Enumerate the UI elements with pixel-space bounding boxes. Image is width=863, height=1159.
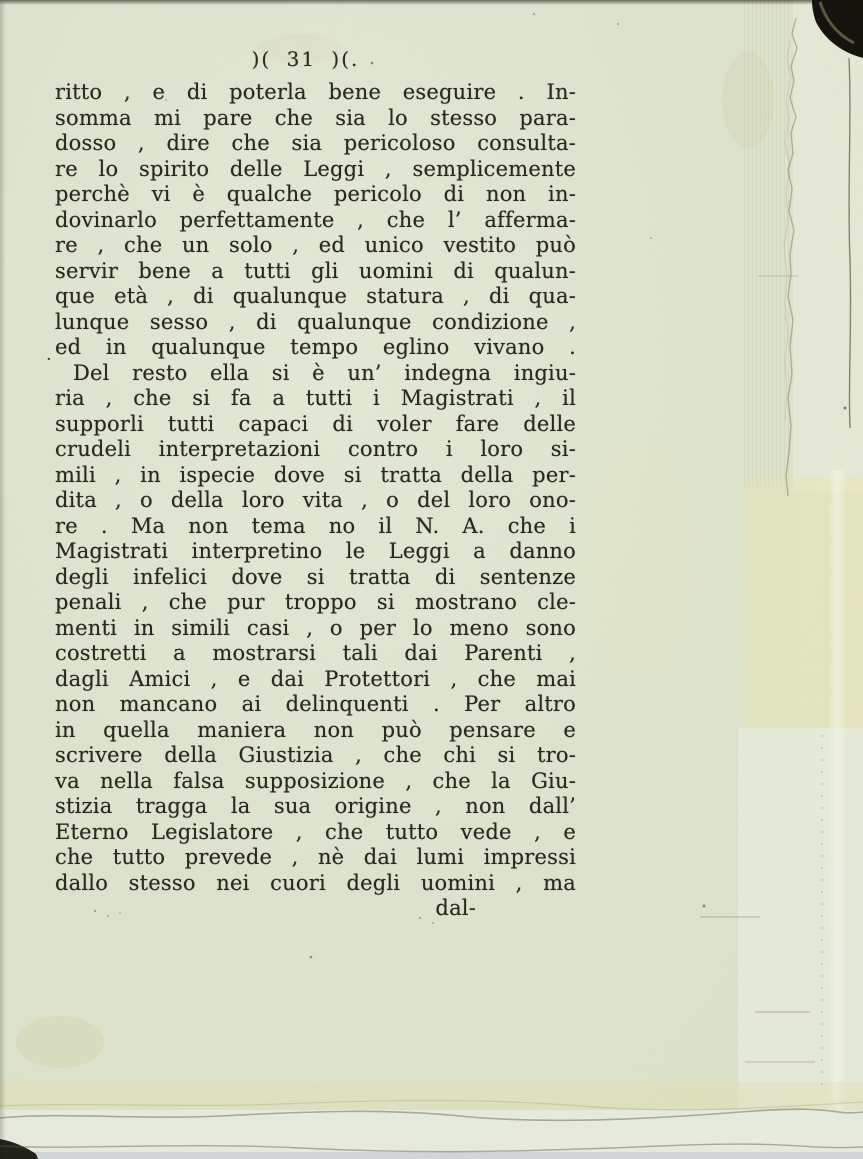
scanner-left-shadow	[0, 0, 6, 1159]
text-line: stizia tragga la sua origine , non dall’	[55, 794, 576, 820]
text-line: dosso , dire che sia pericoloso consulta…	[55, 131, 576, 157]
bottom-tear-line-faint	[0, 1101, 863, 1110]
text-line: menti in simili casi , o per lo meno son…	[55, 616, 576, 642]
catchword: dal-	[55, 896, 576, 922]
text-line: degli infelici dove si tratta di sentenz…	[55, 565, 576, 591]
text-line: servir bene a tutti gli uomini di qualun…	[55, 259, 576, 285]
text-line: ria , che si fa a tutti i Magistrati , i…	[55, 386, 576, 412]
text-line: re , che un solo , ed unico vestito può	[55, 233, 576, 259]
right-white-band	[738, 728, 863, 1140]
right-edge-highlight	[828, 470, 846, 1142]
text-line: ritto , e di poterla bene eseguire . In-	[55, 80, 576, 106]
text-line: in quella maniera non può pensare e	[55, 718, 576, 744]
running-head-page-number: )( 31 )(.	[45, 47, 566, 71]
bottom-yellow-streak	[0, 1082, 863, 1110]
paper-speck	[650, 237, 652, 239]
text-line: supporli tutti capaci di voler fare dell…	[55, 412, 576, 438]
text-line: dallo stesso nei cuori degli uomini , ma	[55, 871, 576, 897]
paper-stain	[580, 440, 700, 680]
text-line: costretti a mostrarsi tali dai Parenti ,	[55, 641, 576, 667]
text-line: lunque sesso , di qualunque condizione ,	[55, 310, 576, 336]
deckle-tear-line-faint	[784, 40, 791, 420]
text-line: re . Ma non tema no il N. A. che i	[55, 514, 576, 540]
bottom-page-edge-band	[0, 1110, 863, 1152]
paper-speck	[703, 905, 706, 908]
paper-stain	[16, 1016, 104, 1068]
text-line: Magistrati interpretino le Leggi a danno	[55, 539, 576, 565]
text-line: mili , in ispecie dove si tratta della p…	[55, 463, 576, 489]
text-line: Eterno Legislatore , che tutto vede , e	[55, 820, 576, 846]
text-line: che tutto prevede , nè dai lumi impressi	[55, 845, 576, 871]
paper-speck	[310, 956, 313, 959]
paper-stain	[722, 52, 774, 148]
bottom-tear-line-upper	[0, 1109, 863, 1120]
right-yellow-band	[742, 478, 863, 730]
text-line: Del resto ella si è un’ indegna ingiu-	[55, 361, 576, 387]
text-line: que età , di qualunque statura , di qua-	[55, 284, 576, 310]
book-page-scan: )( 31 )(. · ritto , e di poterla bene es…	[0, 0, 863, 1159]
text-line: perchè vi è qualche pericolo di non in-	[55, 182, 576, 208]
paper-speck	[617, 23, 619, 25]
paragraph-mark: ·	[46, 349, 52, 370]
text-line: re lo spirito delle Leggi , semplicement…	[55, 157, 576, 183]
page-deckle-outer-region	[792, 0, 863, 492]
paper-speck	[432, 922, 434, 924]
text-line: somma mi pare che sia lo stesso para-	[55, 106, 576, 132]
text-line: penali , che pur troppo si mostrano cle-	[55, 590, 576, 616]
text-line: ed in qualunque tempo eglino vivano .	[55, 335, 576, 361]
scan-corner-bottom-left	[0, 1139, 38, 1159]
text-line: non mancano ai delinquenti . Per altro	[55, 692, 576, 718]
paper-speck	[844, 407, 847, 410]
text-line: scrivere della Giustizia , che chi si tr…	[55, 743, 576, 769]
page-edge-shadow-line	[849, 58, 851, 428]
scanner-bottom-strip	[0, 1152, 863, 1159]
text-line: dovinarlo perfettamente , che l’ afferma…	[55, 208, 576, 234]
corner-curl-highlight	[820, 2, 854, 43]
bottom-tear-line-lower	[0, 1144, 863, 1152]
text-line: crudeli interpretazioni contro i loro si…	[55, 437, 576, 463]
text-line: va nella falsa supposizione , che la Giu…	[55, 769, 576, 795]
text-line: dita , o della loro vita , o del loro on…	[55, 488, 576, 514]
text-line: dagli Amici , e dai Protettori , che mai	[55, 667, 576, 693]
scan-corner-top-right	[812, 0, 863, 58]
scanner-top-shadow	[0, 0, 863, 5]
text-block: ritto , e di poterla bene eseguire . In-…	[55, 80, 576, 922]
paper-speck	[533, 13, 535, 15]
deckle-tear-line	[786, 18, 797, 496]
page-deckle-texture	[744, 0, 794, 492]
